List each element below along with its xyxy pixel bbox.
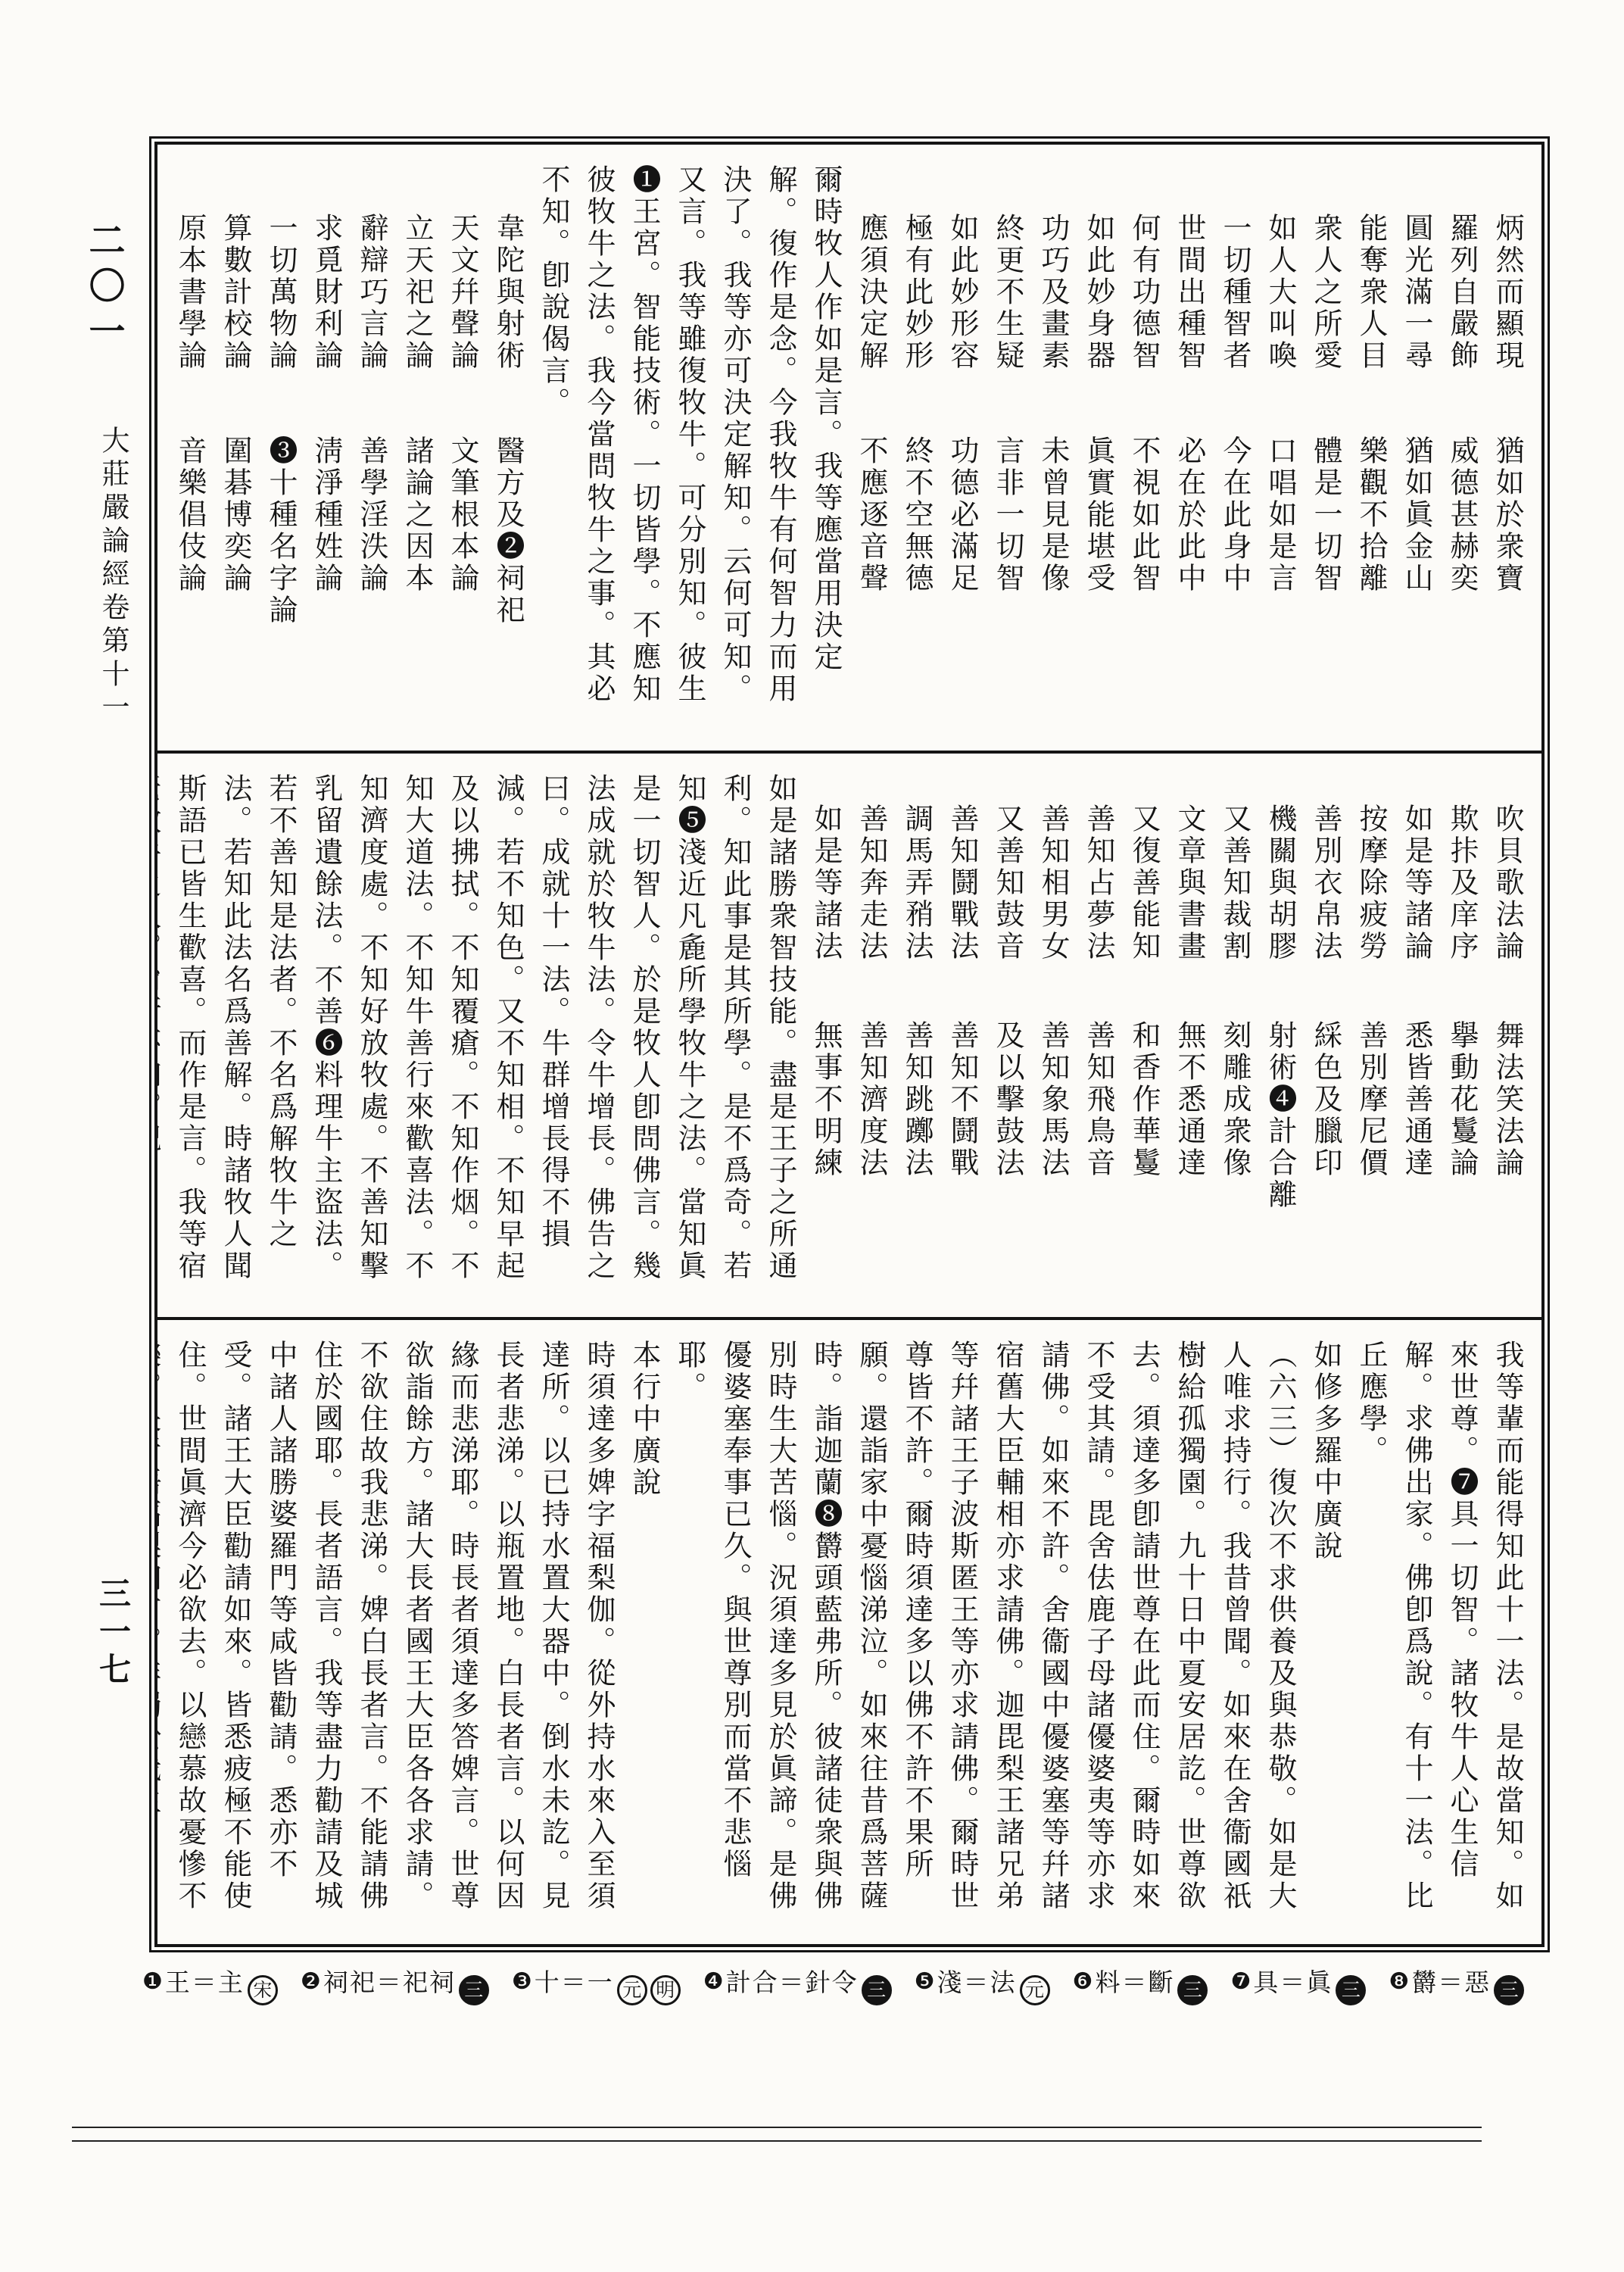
verse-line-2: 猶如於衆寶 bbox=[1491, 435, 1523, 595]
verse-line-2: 淸淨種姓論 bbox=[310, 435, 341, 595]
collation-number-icon: ❶ bbox=[142, 1969, 163, 1994]
collation-source-siglum: 三 bbox=[862, 1975, 892, 2005]
bottom-rule bbox=[72, 2127, 1482, 2128]
verse-line-1: 如此妙身器 bbox=[1082, 213, 1114, 372]
verse-line-2: 眞實能堪受 bbox=[1082, 435, 1114, 595]
verse-column: 終更不生疑言非一切智 bbox=[984, 164, 1030, 722]
verse-line-2: 善別摩尼價 bbox=[1354, 1020, 1386, 1179]
verse-line-2: 必在於此中 bbox=[1173, 435, 1205, 595]
collation-entry: ❽欝＝惡三 bbox=[1389, 1970, 1524, 1997]
verse-column: 極有此妙形終不空無德 bbox=[893, 164, 939, 722]
verse-line-1: 辭辯巧言論 bbox=[355, 213, 387, 372]
collation-reading: 欝＝惡 bbox=[1411, 1970, 1491, 1997]
verse-line-2: 善知不鬪戰 bbox=[946, 1020, 977, 1179]
verse-line-2: 文筆根本論 bbox=[446, 435, 478, 595]
verse-line-1: 又善知鼓音 bbox=[991, 804, 1023, 963]
verse-column: 機關與胡膠射術❹計合離 bbox=[1257, 773, 1302, 1288]
verse-column: 功巧及畫素未曾見是像 bbox=[1030, 164, 1075, 722]
verse-line-2: 功德必滿足 bbox=[946, 435, 977, 595]
verse-line-2: 今在此身中 bbox=[1218, 435, 1250, 595]
verse-line-1: 文章與書畫 bbox=[1173, 804, 1205, 963]
collation-number-icon: ❽ bbox=[1389, 1969, 1409, 1994]
verse-line-2: 善知濟度法 bbox=[855, 1020, 887, 1179]
verse-line-2: 樂觀不拾離 bbox=[1354, 435, 1386, 595]
verse-line-1: 立天祀之論 bbox=[401, 213, 432, 372]
verse-line-1: 求覓財利論 bbox=[310, 213, 341, 372]
verse-line-1: 善知相男女 bbox=[1036, 804, 1068, 963]
verse-line-1: 原本書學論 bbox=[173, 213, 205, 372]
verse-column: 吹貝歌法論舞法笑法論 bbox=[1484, 773, 1529, 1288]
volume-page-label: 二〇一 bbox=[77, 221, 129, 357]
verse-column: 如人大叫喚口唱如是言 bbox=[1257, 164, 1302, 722]
collation-line: ❶王＝主宋❷祠祀＝祀祠三❸十＝一元明❹計合＝針令三❺淺＝法元❻料＝斷三❼具＝眞三… bbox=[142, 1963, 1429, 2005]
verse-line-2: 無事不明練 bbox=[809, 1020, 841, 1179]
verse-line-2: 和香作華鬘 bbox=[1127, 1020, 1159, 1179]
text-register-lower-register: 我等輩而能得知此十一法。是故當知。如來世尊。❼具一切智。諸牧牛人心生信解。求佛出… bbox=[157, 1317, 1541, 1944]
verse-line-1: 功巧及畫素 bbox=[1036, 213, 1068, 372]
verse-column: 韋陀與射術醫方及❷祠祀 bbox=[485, 164, 530, 722]
text-block-frame: 炳然而顯現猶如於衆寶羅列自嚴飾威德甚赫奕圓光滿一尋猶如眞金山能奪衆人目樂觀不拾離… bbox=[149, 136, 1550, 1952]
collation-source-siglum: 三 bbox=[1177, 1975, 1208, 2005]
verse-column: 欺拤及庠序擧動花鬘論 bbox=[1439, 773, 1484, 1288]
verse-line-1: 一切種智者 bbox=[1218, 213, 1250, 372]
verse-line-1: 機關與胡膠 bbox=[1264, 804, 1295, 963]
verse-line-1: 如是等諸法 bbox=[809, 804, 841, 963]
verse-line-1: 終更不生疑 bbox=[991, 213, 1023, 372]
collation-number-icon: ❻ bbox=[1073, 1969, 1093, 1994]
verse-line-1: 何有功德智 bbox=[1127, 213, 1159, 372]
verse-column: 一切種智者今在此身中 bbox=[1211, 164, 1257, 722]
collation-entry: ❹計合＝針令三 bbox=[703, 1970, 892, 1997]
collation-entry: ❸十＝一元明 bbox=[512, 1970, 681, 1997]
scanned-sutra-page: 二〇一 大莊嚴論經卷第十一 三一七 炳然而顯現猶如於衆寶羅列自嚴飾威德甚赫奕圓光… bbox=[0, 0, 1624, 2272]
verse-line-2: 擧動花鬘論 bbox=[1445, 1020, 1477, 1179]
collation-reading: 計合＝針令 bbox=[726, 1970, 859, 1997]
collation-source-siglum: 元 bbox=[617, 1975, 647, 2005]
reference-note: 如修多羅中廣說 bbox=[1302, 1340, 1348, 1915]
verse-line-2: 綵色及臘印 bbox=[1309, 1020, 1341, 1179]
verse-column: 衆人之所愛體是一切智 bbox=[1302, 164, 1348, 722]
verse-line-2: 言非一切智 bbox=[991, 435, 1023, 595]
prose-passage: （六三）復次不求供養及與恭敬。如是大人唯求持行。我昔曾聞。如來在舍衞國祇樹給孤獨… bbox=[666, 1340, 1302, 1915]
verse-line-1: 又復善能知 bbox=[1127, 804, 1159, 963]
verse-column: 原本書學論音樂倡伎論 bbox=[167, 164, 212, 722]
verse-column: 一切萬物論❸十種名字論 bbox=[257, 164, 303, 722]
verse-line-1: 圓光滿一尋 bbox=[1400, 213, 1432, 372]
verse-line-2: 善學淫泆論 bbox=[355, 435, 387, 595]
collation-source-siglum: 三 bbox=[1494, 1975, 1524, 2005]
verse-line-1: 又善知裁割 bbox=[1218, 804, 1250, 963]
verse-line-2: 威德甚赫奕 bbox=[1445, 435, 1477, 595]
verse-line-2: 體是一切智 bbox=[1309, 435, 1341, 595]
collation-number-icon: ❷ bbox=[301, 1969, 321, 1994]
verse-column: 調馬弄矟法善知跳躑法 bbox=[893, 773, 939, 1288]
verse-column: 善知奔走法善知濟度法 bbox=[848, 773, 893, 1288]
verse-line-2: 善知飛鳥音 bbox=[1082, 1020, 1114, 1179]
verse-line-2: 醫方及❷祠祀 bbox=[491, 435, 523, 626]
collation-number-icon: ❼ bbox=[1230, 1969, 1251, 1994]
verse-column: 又善知鼓音及以擊鼓法 bbox=[984, 773, 1030, 1288]
collation-entry: ❻料＝斷三 bbox=[1073, 1970, 1208, 1997]
verse-line-1: 天文幷聲論 bbox=[446, 213, 478, 372]
collation-entry: ❷祠祀＝祀祠三 bbox=[301, 1970, 489, 1997]
verse-column: 羅列自嚴飾威德甚赫奕 bbox=[1439, 164, 1484, 722]
collation-reading: 具＝眞 bbox=[1253, 1970, 1333, 1997]
verse-line-2: 終不空無德 bbox=[900, 435, 932, 595]
collation-reading: 王＝主 bbox=[165, 1970, 245, 1997]
verse-line-1: 按摩除疲勞 bbox=[1354, 804, 1386, 963]
verse-line-1: 應須決定解 bbox=[855, 213, 887, 372]
verse-line-2: 無不悉通達 bbox=[1173, 1020, 1205, 1179]
collation-entry: ❼具＝眞三 bbox=[1230, 1970, 1366, 1997]
text-register-upper-register: 炳然而顯現猶如於衆寶羅列自嚴飾威德甚赫奕圓光滿一尋猶如眞金山能奪衆人目樂觀不拾離… bbox=[157, 145, 1541, 751]
verse-column: 立天祀之論諸論之因本 bbox=[394, 164, 439, 722]
verse-line-1: 如此妙形容 bbox=[946, 213, 977, 372]
verse-column: 圓光滿一尋猶如眞金山 bbox=[1393, 164, 1439, 722]
text-register-middle-register: 吹貝歌法論舞法笑法論欺拤及庠序擧動花鬘論如是等諸論悉皆善通達按摩除疲勞善別摩尼價… bbox=[157, 751, 1541, 1317]
verse-column: 文章與書畫無不悉通達 bbox=[1166, 773, 1211, 1288]
verse-line-2: 悉皆善通達 bbox=[1400, 1020, 1432, 1179]
verse-line-1: 一切萬物論 bbox=[264, 213, 296, 372]
verse-column: 善別衣帛法綵色及臘印 bbox=[1302, 773, 1348, 1288]
verse-line-1: 炳然而顯現 bbox=[1491, 213, 1523, 372]
verse-line-1: 極有此妙形 bbox=[900, 213, 932, 372]
collation-source-siglum: 元 bbox=[1020, 1975, 1050, 2005]
verse-column: 如是等諸法無事不明練 bbox=[803, 773, 848, 1288]
verse-line-1: 衆人之所愛 bbox=[1309, 213, 1341, 372]
collation-source-siglum: 三 bbox=[459, 1975, 489, 2005]
verse-line-1: 羅列自嚴飾 bbox=[1445, 213, 1477, 372]
reference-note: 本行中廣說 bbox=[621, 1340, 666, 1915]
prose-passage: 時須達多婢字福梨伽。從外持水來入至須達所。以已持水置大器中。倒水未訖。見長者悲涕… bbox=[157, 1340, 621, 1915]
verse-line-2: 善知象馬法 bbox=[1036, 1020, 1068, 1179]
verse-line-1: 調馬弄矟法 bbox=[900, 804, 932, 963]
verse-line-1: 如人大叫喚 bbox=[1264, 213, 1295, 372]
verse-line-2: 善知跳躑法 bbox=[900, 1020, 932, 1179]
verse-column: 求覓財利論淸淨種姓論 bbox=[303, 164, 348, 722]
verse-line-1: 能奪衆人目 bbox=[1354, 213, 1386, 372]
collation-reading: 料＝斷 bbox=[1095, 1970, 1174, 1997]
verse-column: 善知鬪戰法善知不鬪戰 bbox=[939, 773, 984, 1288]
verse-column: 天文幷聲論文筆根本論 bbox=[439, 164, 485, 722]
collation-source-siglum: 明 bbox=[650, 1975, 681, 2005]
collation-reading: 十＝一 bbox=[535, 1970, 614, 1997]
verse-line-2: 諸論之因本 bbox=[401, 435, 432, 595]
verse-column: 如此妙形容功德必滿足 bbox=[939, 164, 984, 722]
verse-line-2: 口唱如是言 bbox=[1264, 435, 1295, 595]
verse-column: 何有功德智不視如此智 bbox=[1121, 164, 1166, 722]
prose-passage: 爾時牧人作如是言。我等應當用決定解。復作是念。今我牧牛有何智力而用決了。我等亦可… bbox=[530, 164, 848, 722]
verse-line-1: 韋陀與射術 bbox=[491, 213, 523, 372]
collation-number-icon: ❸ bbox=[512, 1969, 532, 1994]
verse-column: 辭辯巧言論善學淫泆論 bbox=[348, 164, 394, 722]
collation-entry: ❺淺＝法元 bbox=[915, 1970, 1050, 1997]
verse-line-2: 舞法笑法論 bbox=[1491, 1020, 1523, 1179]
verse-column: 又復善能知和香作華鬘 bbox=[1121, 773, 1166, 1288]
verse-line-2: 及以擊鼓法 bbox=[991, 1020, 1023, 1179]
verse-column: 如此妙身器眞實能堪受 bbox=[1075, 164, 1121, 722]
collation-number-icon: ❺ bbox=[915, 1969, 935, 1994]
verse-column: 又善知裁割刻雕成衆像 bbox=[1211, 773, 1257, 1288]
verse-line-2: 未曾見是像 bbox=[1036, 435, 1068, 595]
verse-column: 如是等諸論悉皆善通達 bbox=[1393, 773, 1439, 1288]
verse-line-2: 射術❹計合離 bbox=[1264, 1020, 1295, 1211]
verse-column: 應須決定解不應逐音聲 bbox=[848, 164, 893, 722]
registers-container: 炳然而顯現猶如於衆寶羅列自嚴飾威德甚赫奕圓光滿一尋猶如眞金山能奪衆人目樂觀不拾離… bbox=[154, 142, 1545, 1947]
verse-line-2: 不應逐音聲 bbox=[855, 435, 887, 595]
verse-column: 能奪衆人目樂觀不拾離 bbox=[1348, 164, 1393, 722]
verse-column: 善知占夢法善知飛鳥音 bbox=[1075, 773, 1121, 1288]
verse-line-2: 猶如眞金山 bbox=[1400, 435, 1432, 595]
bottom-rule bbox=[72, 2140, 1482, 2142]
verse-line-2: 音樂倡伎論 bbox=[173, 435, 205, 595]
verse-column: 炳然而顯現猶如於衆寶 bbox=[1484, 164, 1529, 722]
verse-line-2: 不視如此智 bbox=[1127, 435, 1159, 595]
verse-line-1: 算數計校論 bbox=[219, 213, 251, 372]
collation-reading: 淺＝法 bbox=[937, 1970, 1017, 1997]
verse-line-1: 世間出種智 bbox=[1173, 213, 1205, 372]
verse-line-1: 吹貝歌法論 bbox=[1491, 804, 1523, 963]
prose-passage: 我等輩而能得知此十一法。是故當知。如來世尊。❼具一切智。諸牧牛人心生信解。求佛出… bbox=[1348, 1340, 1529, 1915]
collation-source-siglum: 三 bbox=[1336, 1975, 1366, 2005]
page-number: 三一七 bbox=[89, 1577, 135, 1690]
verse-line-2: 刻雕成衆像 bbox=[1218, 1020, 1250, 1179]
verse-column: 世間出種智必在於此中 bbox=[1166, 164, 1211, 722]
verse-line-2: ❸十種名字論 bbox=[264, 435, 296, 626]
book-title: 大莊嚴論經卷第十一 bbox=[92, 426, 132, 726]
verse-column: 算數計校論圍碁博奕論 bbox=[212, 164, 257, 722]
verse-line-1: 善別衣帛法 bbox=[1309, 804, 1341, 963]
collation-number-icon: ❹ bbox=[703, 1969, 724, 1994]
verse-line-1: 如是等諸論 bbox=[1400, 804, 1432, 963]
verse-line-1: 善知鬪戰法 bbox=[946, 804, 977, 963]
verse-column: 善知相男女善知象馬法 bbox=[1030, 773, 1075, 1288]
verse-line-2: 圍碁博奕論 bbox=[219, 435, 251, 595]
collation-source-siglum: 宋 bbox=[248, 1975, 278, 2005]
verse-line-1: 善知占夢法 bbox=[1082, 804, 1114, 963]
verse-column: 按摩除疲勞善別摩尼價 bbox=[1348, 773, 1393, 1288]
verse-line-1: 欺拤及庠序 bbox=[1445, 804, 1477, 963]
collation-entry: ❶王＝主宋 bbox=[142, 1970, 278, 1997]
prose-passage: 如是諸勝衆智技能。盡是王子之所通利。知此事是其所學。是不爲奇。若知❺淺近凡麁所學… bbox=[157, 773, 803, 1288]
verse-line-1: 善知奔走法 bbox=[855, 804, 887, 963]
collation-reading: 祠祀＝祀祠 bbox=[323, 1970, 456, 1997]
